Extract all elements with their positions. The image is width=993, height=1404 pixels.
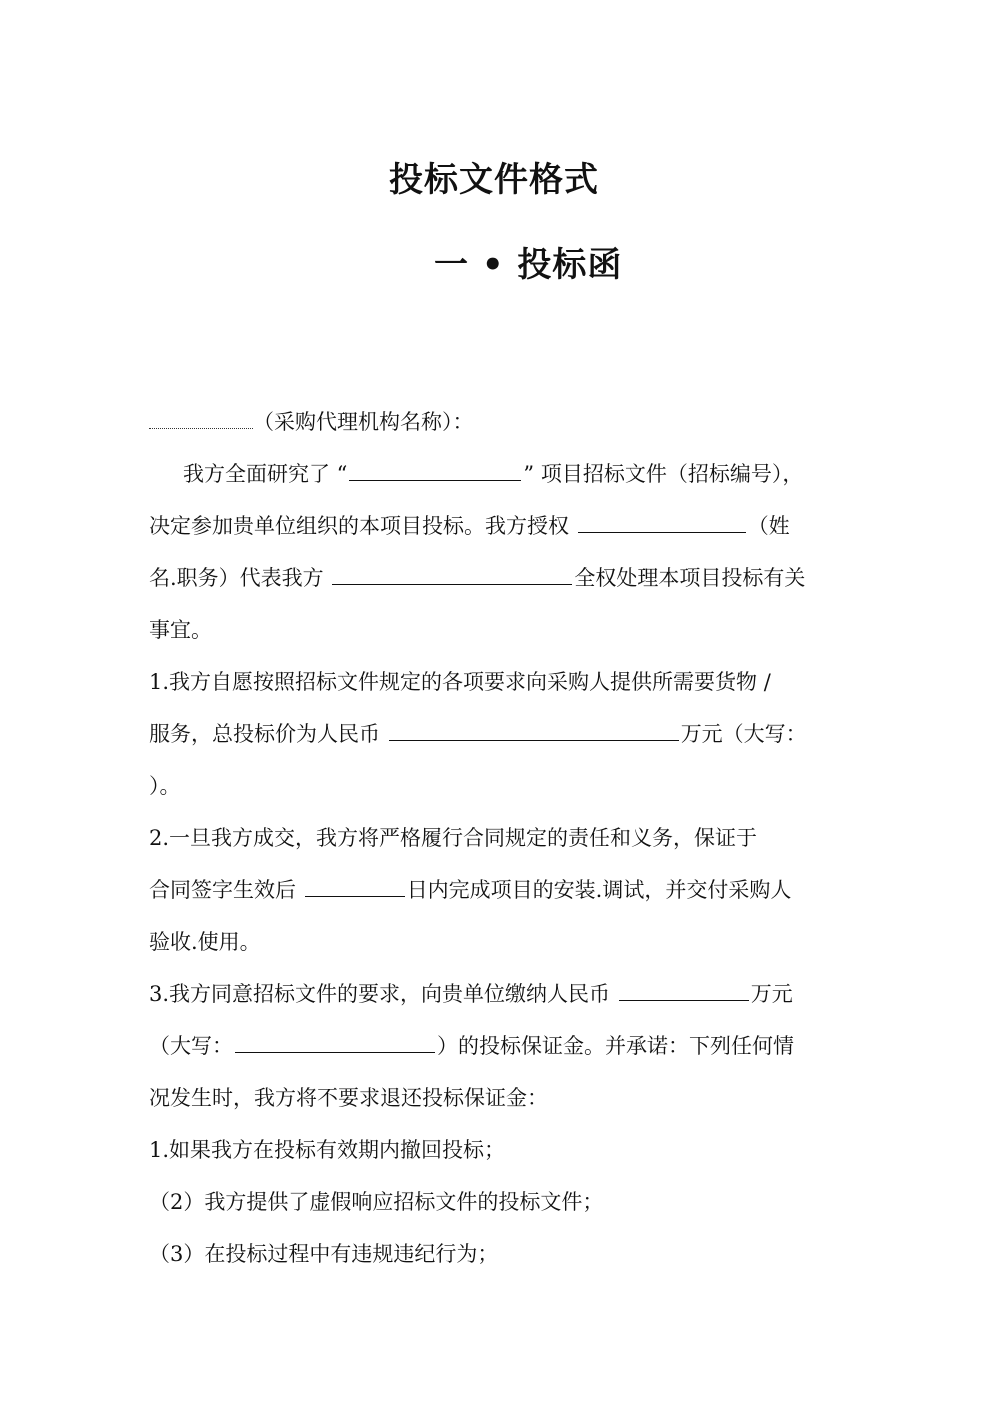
total-price-blank[interactable] — [389, 720, 679, 741]
paragraph1-line1: 我方全面研究了 “” 项目招标文件（招标编号）， — [183, 459, 803, 489]
document-title: 投标文件格式 — [389, 160, 599, 200]
item2-line2: 合同签字生效后 日内完成项目的安装.调试，并交付采购人 — [149, 875, 791, 905]
paragraph1-line4: 事宜。 — [149, 615, 212, 645]
paragraph1-line3: 名.职务）代表我方 全权处理本项目投标有关 — [149, 563, 805, 593]
completion-days-blank[interactable] — [305, 876, 405, 897]
text: 万元（大写： — [681, 722, 807, 746]
text: 合同签字生效后 — [149, 878, 303, 902]
deposit-amount-words-blank[interactable] — [235, 1032, 435, 1053]
item2-line3: 验收.使用。 — [149, 927, 261, 957]
paragraph1-line2: 决定参加贵单位组织的本项目投标。我方授权 （姓 — [149, 511, 790, 541]
item3-line2: （大写：）的投标保证金。并承诺：下列任何情 — [149, 1031, 794, 1061]
text: 3.我方同意招标文件的要求，向贵单位缴纳人民币 — [149, 982, 617, 1006]
document-subtitle: 一 • 投标函 — [434, 245, 622, 285]
agency-name-blank[interactable] — [149, 408, 253, 429]
item2-line1: 2.一旦我方成交，我方将严格履行合同规定的责任和义务，保证于 — [149, 823, 757, 853]
text: ）的投标保证金。并承诺：下列任何情 — [437, 1034, 794, 1058]
text: 服务，总投标价为人民币 — [149, 722, 387, 746]
text: 万元 — [751, 982, 793, 1006]
document-page: 投标文件格式 一 • 投标函 （采购代理机构名称）： 我方全面研究了 “” 项目… — [0, 0, 993, 1404]
item3-line1: 3.我方同意招标文件的要求，向贵单位缴纳人民币 万元 — [149, 979, 793, 1009]
item1-line2: 服务，总投标价为人民币 万元（大写： — [149, 719, 807, 749]
item1-line3: ）。 — [149, 771, 181, 801]
text: 我方全面研究了 “ — [183, 462, 347, 486]
project-name-blank[interactable] — [349, 460, 521, 481]
authorized-person-blank[interactable] — [578, 512, 746, 533]
text: 名.职务）代表我方 — [149, 566, 330, 590]
text: （姓 — [748, 514, 790, 538]
text: （大写： — [149, 1034, 233, 1058]
text: 日内完成项目的安装.调试，并交付采购人 — [407, 878, 792, 902]
addressee-line: （采购代理机构名称）： — [149, 407, 474, 437]
bidder-name-blank[interactable] — [332, 564, 572, 585]
text: ” 项目招标文件（招标编号）， — [523, 462, 803, 486]
item3-line3: 况发生时，我方将不要求退还投标保证金： — [149, 1083, 548, 1113]
item1-line1: 1.我方自愿按照招标文件规定的各项要求向采购人提供所需要货物 / — [149, 667, 771, 697]
condition-item-1: 1.如果我方在投标有效期内撤回投标； — [149, 1135, 505, 1165]
addressee-suffix: （采购代理机构名称）： — [253, 410, 474, 434]
condition-item-2: （2）我方提供了虚假响应招标文件的投标文件； — [149, 1187, 603, 1217]
deposit-amount-blank[interactable] — [619, 980, 749, 1001]
text: 决定参加贵单位组织的本项目投标。我方授权 — [149, 514, 576, 538]
condition-item-3: （3）在投标过程中有违规违纪行为； — [149, 1239, 498, 1269]
text: 全权处理本项目投标有关 — [574, 566, 805, 590]
